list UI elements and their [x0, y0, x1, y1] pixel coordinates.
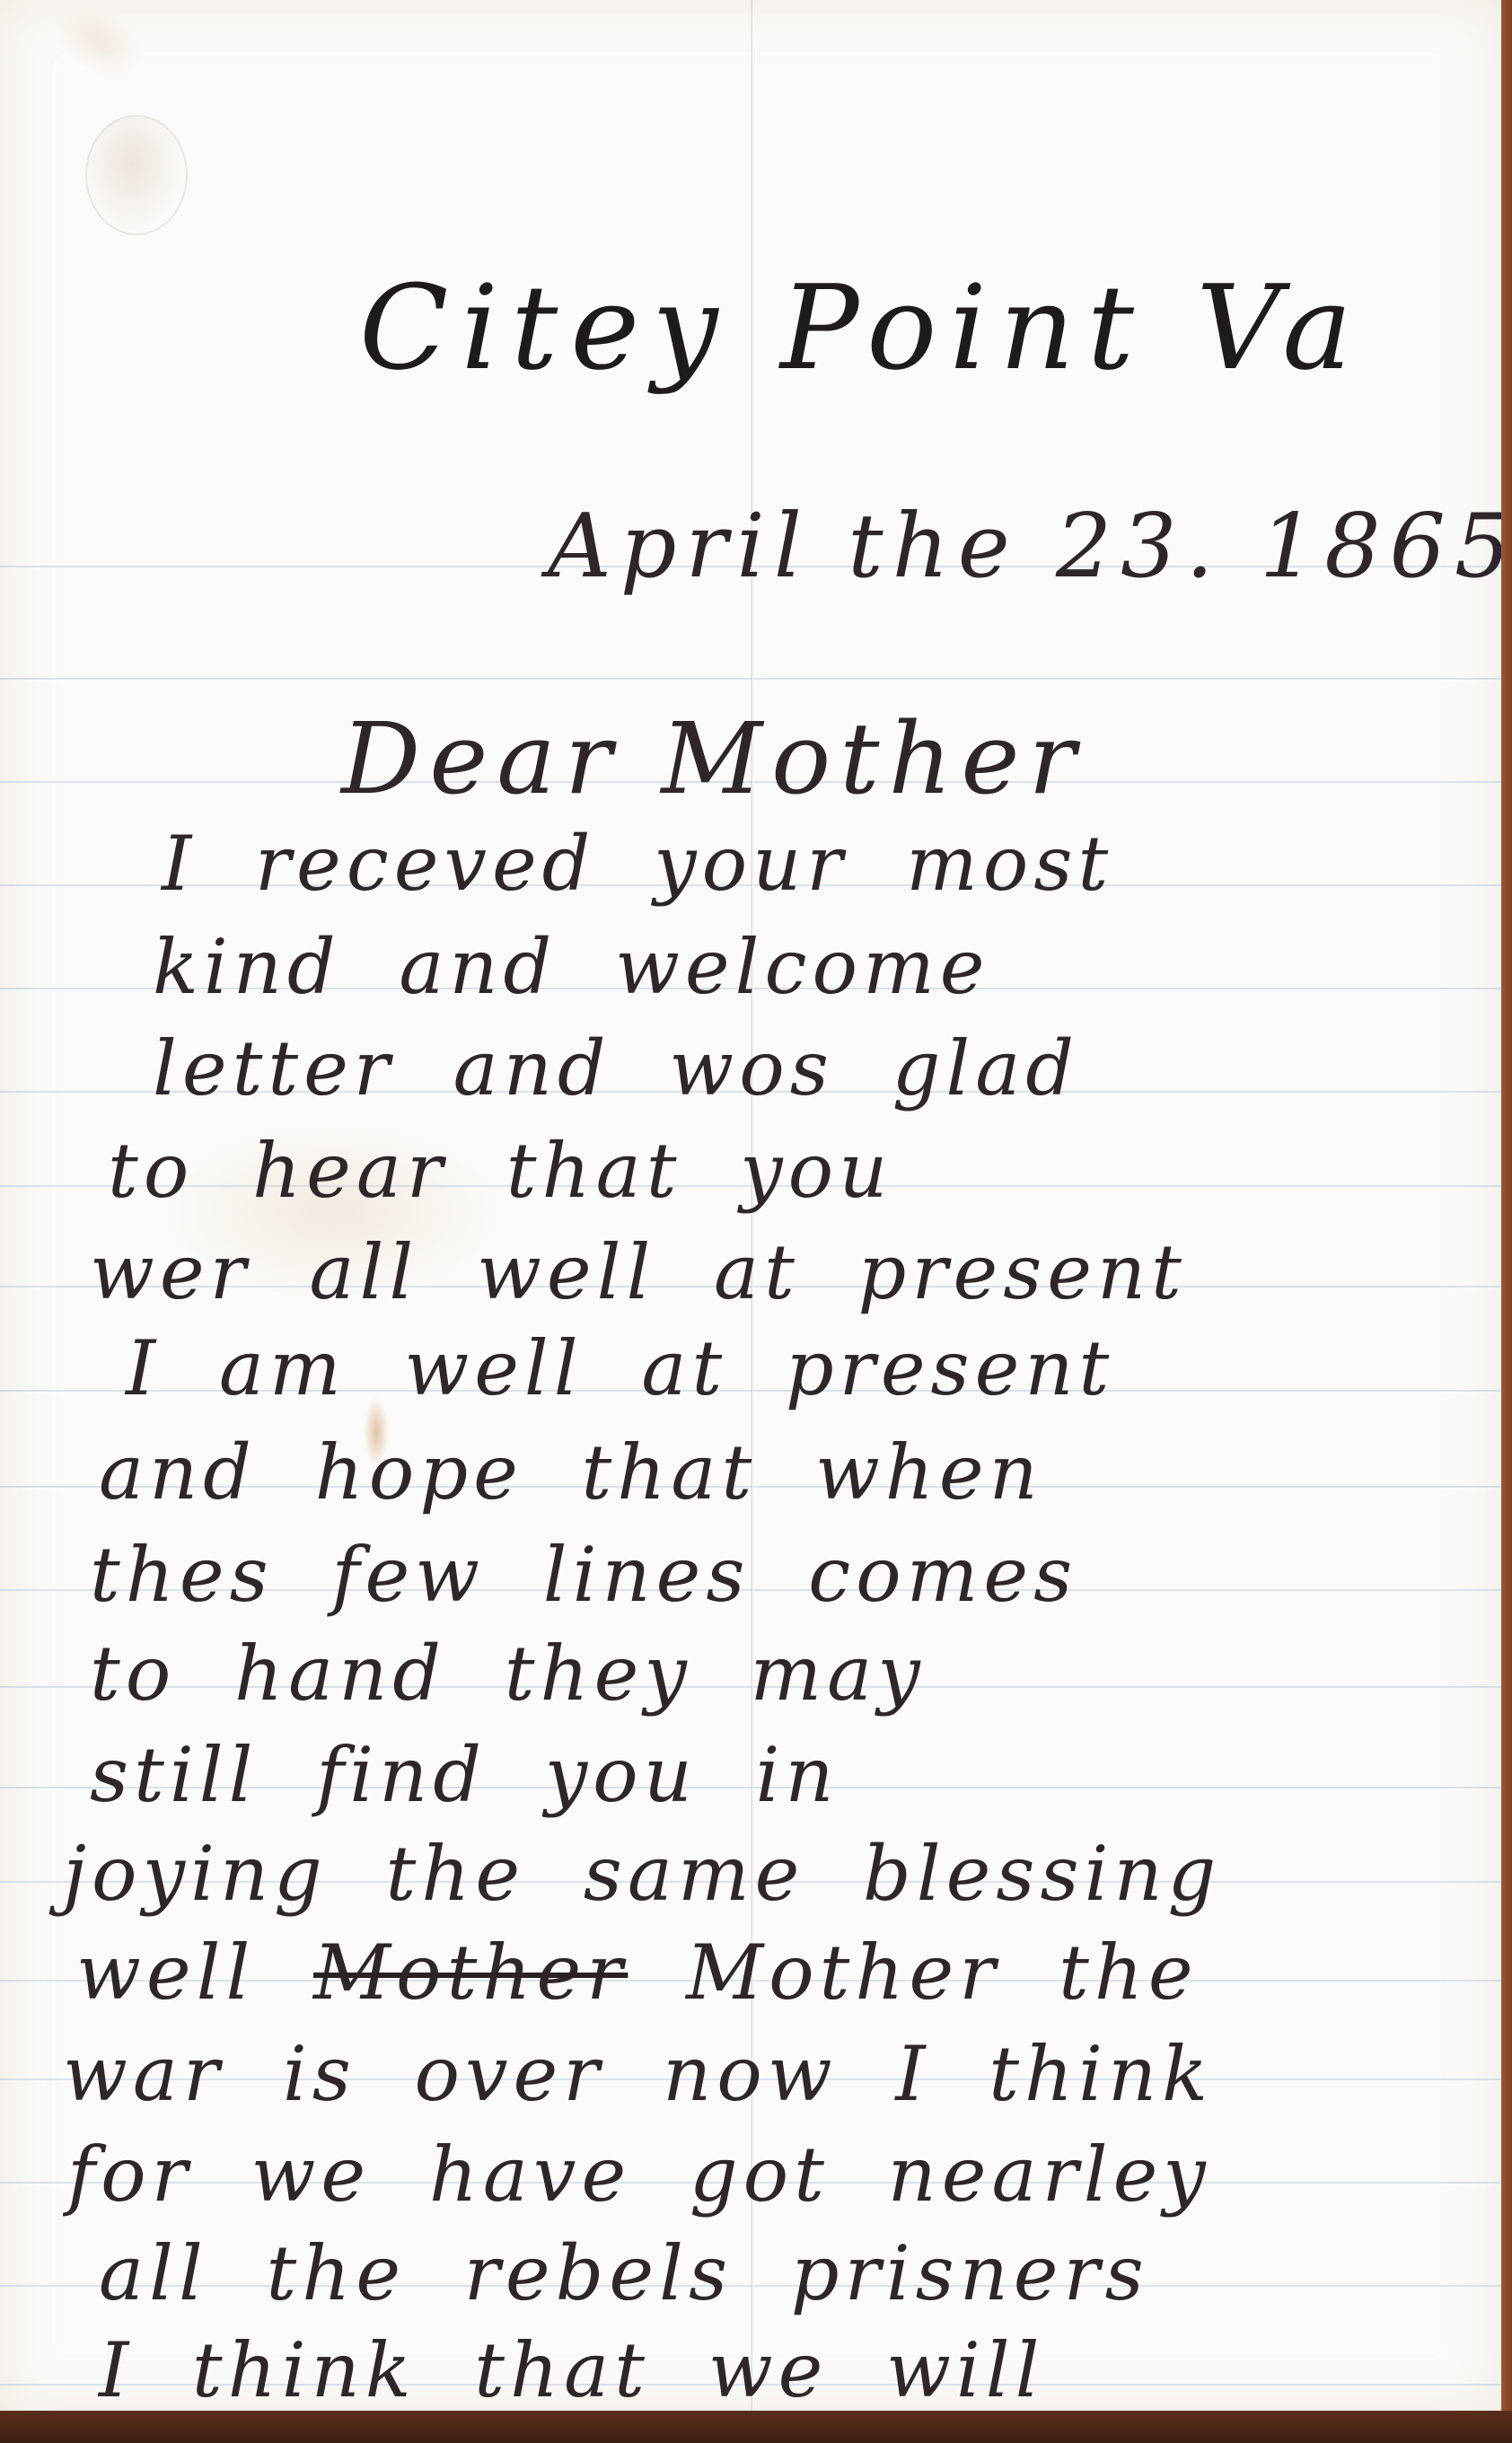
- letter-word: well: [76, 1929, 255, 2017]
- letter-line: to hear that you: [108, 1133, 892, 1208]
- letter-line: wer all well at present: [90, 1235, 1187, 1310]
- letter-page: Citey Point Va April the 23. 1865 Dear M…: [0, 0, 1501, 2413]
- letter-line: I receved your most: [162, 826, 1113, 901]
- seal-stain: [85, 115, 188, 235]
- letter-line: and hope that when: [99, 1435, 1043, 1510]
- letter-line: all the rebels prisners: [99, 2236, 1149, 2311]
- letter-line: well Mother Mother the: [76, 1935, 1199, 2010]
- paper-stain: [40, 0, 157, 94]
- letter-line: letter and wos glad: [153, 1031, 1079, 1106]
- frame-edge-bottom: [0, 2411, 1512, 2443]
- letter-line: I think that we will: [99, 2333, 1045, 2408]
- letter-line: for we have got nearley: [67, 2137, 1211, 2212]
- letter-line: to hand they may: [90, 1636, 926, 1711]
- letter-word: Mother the: [686, 1929, 1199, 2017]
- letter-line: joying the same blessing: [63, 1836, 1221, 1911]
- letter-line: kind and welcome: [153, 929, 989, 1005]
- letter-line: I am well at present: [126, 1331, 1114, 1406]
- frame-edge-right: [1501, 0, 1512, 2443]
- letter-line: thes few lines comes: [90, 1537, 1077, 1613]
- letter-salutation: Dear Mother: [341, 709, 1085, 808]
- letter-line: war is over now I think: [63, 2036, 1213, 2112]
- letter-place: Citey Point Va: [359, 269, 1365, 386]
- letter-photo: Citey Point Va April the 23. 1865 Dear M…: [0, 0, 1512, 2443]
- struck-word: Mother: [313, 1929, 628, 2017]
- letter-date: April the 23. 1865: [548, 503, 1501, 591]
- letter-line: still find you in: [90, 1737, 839, 1813]
